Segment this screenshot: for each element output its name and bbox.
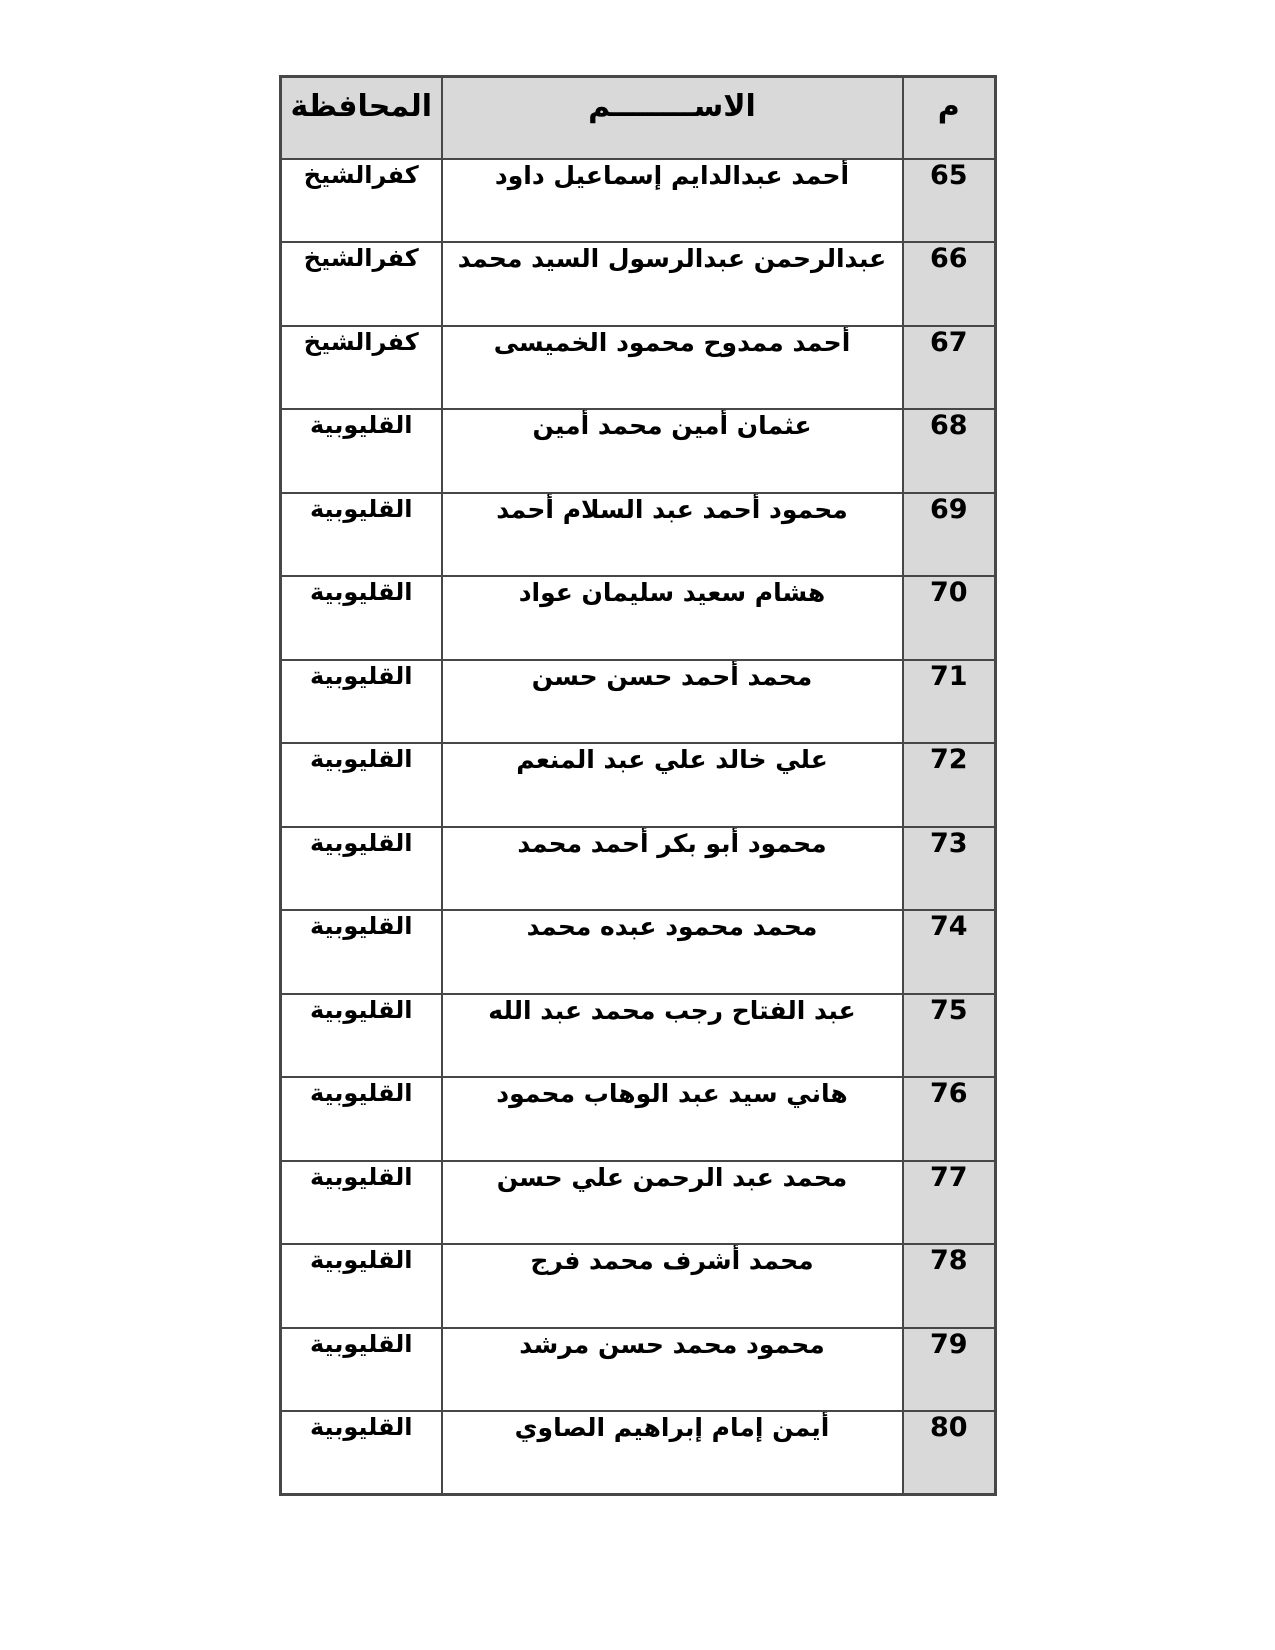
row-number: 78 xyxy=(903,1244,996,1327)
row-governorate: القليوبية xyxy=(281,493,442,576)
row-governorate: القليوبية xyxy=(281,1244,442,1327)
table-row: 74 محمد محمود عبده محمد القليوبية xyxy=(281,910,996,993)
document-page: م الاســــــــم المحافظة 65 أحمد عبدالدا… xyxy=(0,0,1275,1650)
header-cell-number: م xyxy=(903,77,996,159)
table-row: 79 محمود محمد حسن مرشد القليوبية xyxy=(281,1328,996,1411)
row-number: 80 xyxy=(903,1411,996,1495)
table-row: 65 أحمد عبدالدايم إسماعيل داود كفرالشيخ xyxy=(281,159,996,242)
row-governorate: القليوبية xyxy=(281,910,442,993)
row-number: 69 xyxy=(903,493,996,576)
row-name: محمود أحمد عبد السلام أحمد xyxy=(442,493,903,576)
table-row: 78 محمد أشرف محمد فرج القليوبية xyxy=(281,1244,996,1327)
table-row: 68 عثمان أمين محمد أمين القليوبية xyxy=(281,409,996,492)
row-name: علي خالد علي عبد المنعم xyxy=(442,743,903,826)
row-name: أحمد عبدالدايم إسماعيل داود xyxy=(442,159,903,242)
table-row: 75 عبد الفتاح رجب محمد عبد الله القليوبي… xyxy=(281,994,996,1077)
table-row: 73 محمود أبو بكر أحمد محمد القليوبية xyxy=(281,827,996,910)
row-name: عثمان أمين محمد أمين xyxy=(442,409,903,492)
row-governorate: كفرالشيخ xyxy=(281,159,442,242)
row-governorate: القليوبية xyxy=(281,660,442,743)
row-number: 74 xyxy=(903,910,996,993)
row-name: عبد الفتاح رجب محمد عبد الله xyxy=(442,994,903,1077)
table-row: 72 علي خالد علي عبد المنعم القليوبية xyxy=(281,743,996,826)
row-governorate: القليوبية xyxy=(281,409,442,492)
header-cell-governorate: المحافظة xyxy=(281,77,442,159)
header-cell-name: الاســــــــم xyxy=(442,77,903,159)
row-name: محمد أشرف محمد فرج xyxy=(442,1244,903,1327)
row-name: محمود محمد حسن مرشد xyxy=(442,1328,903,1411)
row-governorate: القليوبية xyxy=(281,827,442,910)
row-number: 70 xyxy=(903,576,996,659)
row-name: محمد محمود عبده محمد xyxy=(442,910,903,993)
row-number: 68 xyxy=(903,409,996,492)
table-row: 66 عبدالرحمن عبدالرسول السيد محمد كفرالش… xyxy=(281,242,996,325)
row-governorate: القليوبية xyxy=(281,1077,442,1160)
row-governorate: القليوبية xyxy=(281,1161,442,1244)
row-name: محمد عبد الرحمن علي حسن xyxy=(442,1161,903,1244)
table-row: 67 أحمد ممدوح محمود الخميسى كفرالشيخ xyxy=(281,326,996,409)
row-name: هشام سعيد سليمان عواد xyxy=(442,576,903,659)
row-governorate: القليوبية xyxy=(281,576,442,659)
table-row: 77 محمد عبد الرحمن علي حسن القليوبية xyxy=(281,1161,996,1244)
row-number: 77 xyxy=(903,1161,996,1244)
row-number: 66 xyxy=(903,242,996,325)
row-number: 71 xyxy=(903,660,996,743)
row-name: محمد أحمد حسن حسن xyxy=(442,660,903,743)
row-number: 79 xyxy=(903,1328,996,1411)
row-governorate: القليوبية xyxy=(281,743,442,826)
row-name: عبدالرحمن عبدالرسول السيد محمد xyxy=(442,242,903,325)
table-header-row: م الاســــــــم المحافظة xyxy=(281,77,996,159)
table-row: 71 محمد أحمد حسن حسن القليوبية xyxy=(281,660,996,743)
row-number: 75 xyxy=(903,994,996,1077)
row-number: 72 xyxy=(903,743,996,826)
row-name: أحمد ممدوح محمود الخميسى xyxy=(442,326,903,409)
row-number: 67 xyxy=(903,326,996,409)
table-row: 69 محمود أحمد عبد السلام أحمد القليوبية xyxy=(281,493,996,576)
row-governorate: القليوبية xyxy=(281,1328,442,1411)
row-governorate: القليوبية xyxy=(281,1411,442,1495)
row-number: 76 xyxy=(903,1077,996,1160)
row-governorate: القليوبية xyxy=(281,994,442,1077)
table-row: 70 هشام سعيد سليمان عواد القليوبية xyxy=(281,576,996,659)
row-number: 73 xyxy=(903,827,996,910)
row-name: أيمن إمام إبراهيم الصاوي xyxy=(442,1411,903,1495)
roster-table: م الاســــــــم المحافظة 65 أحمد عبدالدا… xyxy=(279,75,997,1496)
table-row: 76 هاني سيد عبد الوهاب محمود القليوبية xyxy=(281,1077,996,1160)
row-governorate: كفرالشيخ xyxy=(281,326,442,409)
row-name: هاني سيد عبد الوهاب محمود xyxy=(442,1077,903,1160)
row-governorate: كفرالشيخ xyxy=(281,242,442,325)
row-number: 65 xyxy=(903,159,996,242)
table-row: 80 أيمن إمام إبراهيم الصاوي القليوبية xyxy=(281,1411,996,1495)
row-name: محمود أبو بكر أحمد محمد xyxy=(442,827,903,910)
